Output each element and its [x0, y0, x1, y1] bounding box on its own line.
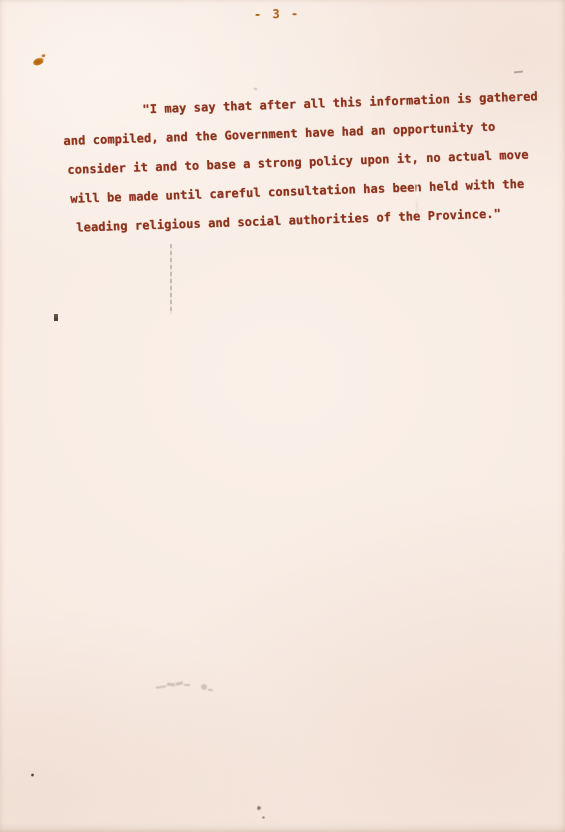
paper-speck — [31, 773, 34, 777]
ink-blot — [32, 56, 45, 66]
vertical-crease — [416, 176, 418, 220]
paper-fleck — [254, 88, 257, 90]
paper-speck — [256, 805, 261, 811]
paper-speck — [262, 816, 265, 819]
vertical-crease — [170, 244, 172, 314]
pencil-dash — [514, 71, 523, 74]
typewritten-paragraph: "I may say that after all this informati… — [62, 82, 547, 243]
page-number: - 3 - — [254, 7, 300, 22]
pencil-smudge — [154, 680, 222, 695]
paper-speck — [54, 314, 58, 321]
scanned-document-page: - 3 - "I may say that after all this inf… — [0, 0, 565, 832]
